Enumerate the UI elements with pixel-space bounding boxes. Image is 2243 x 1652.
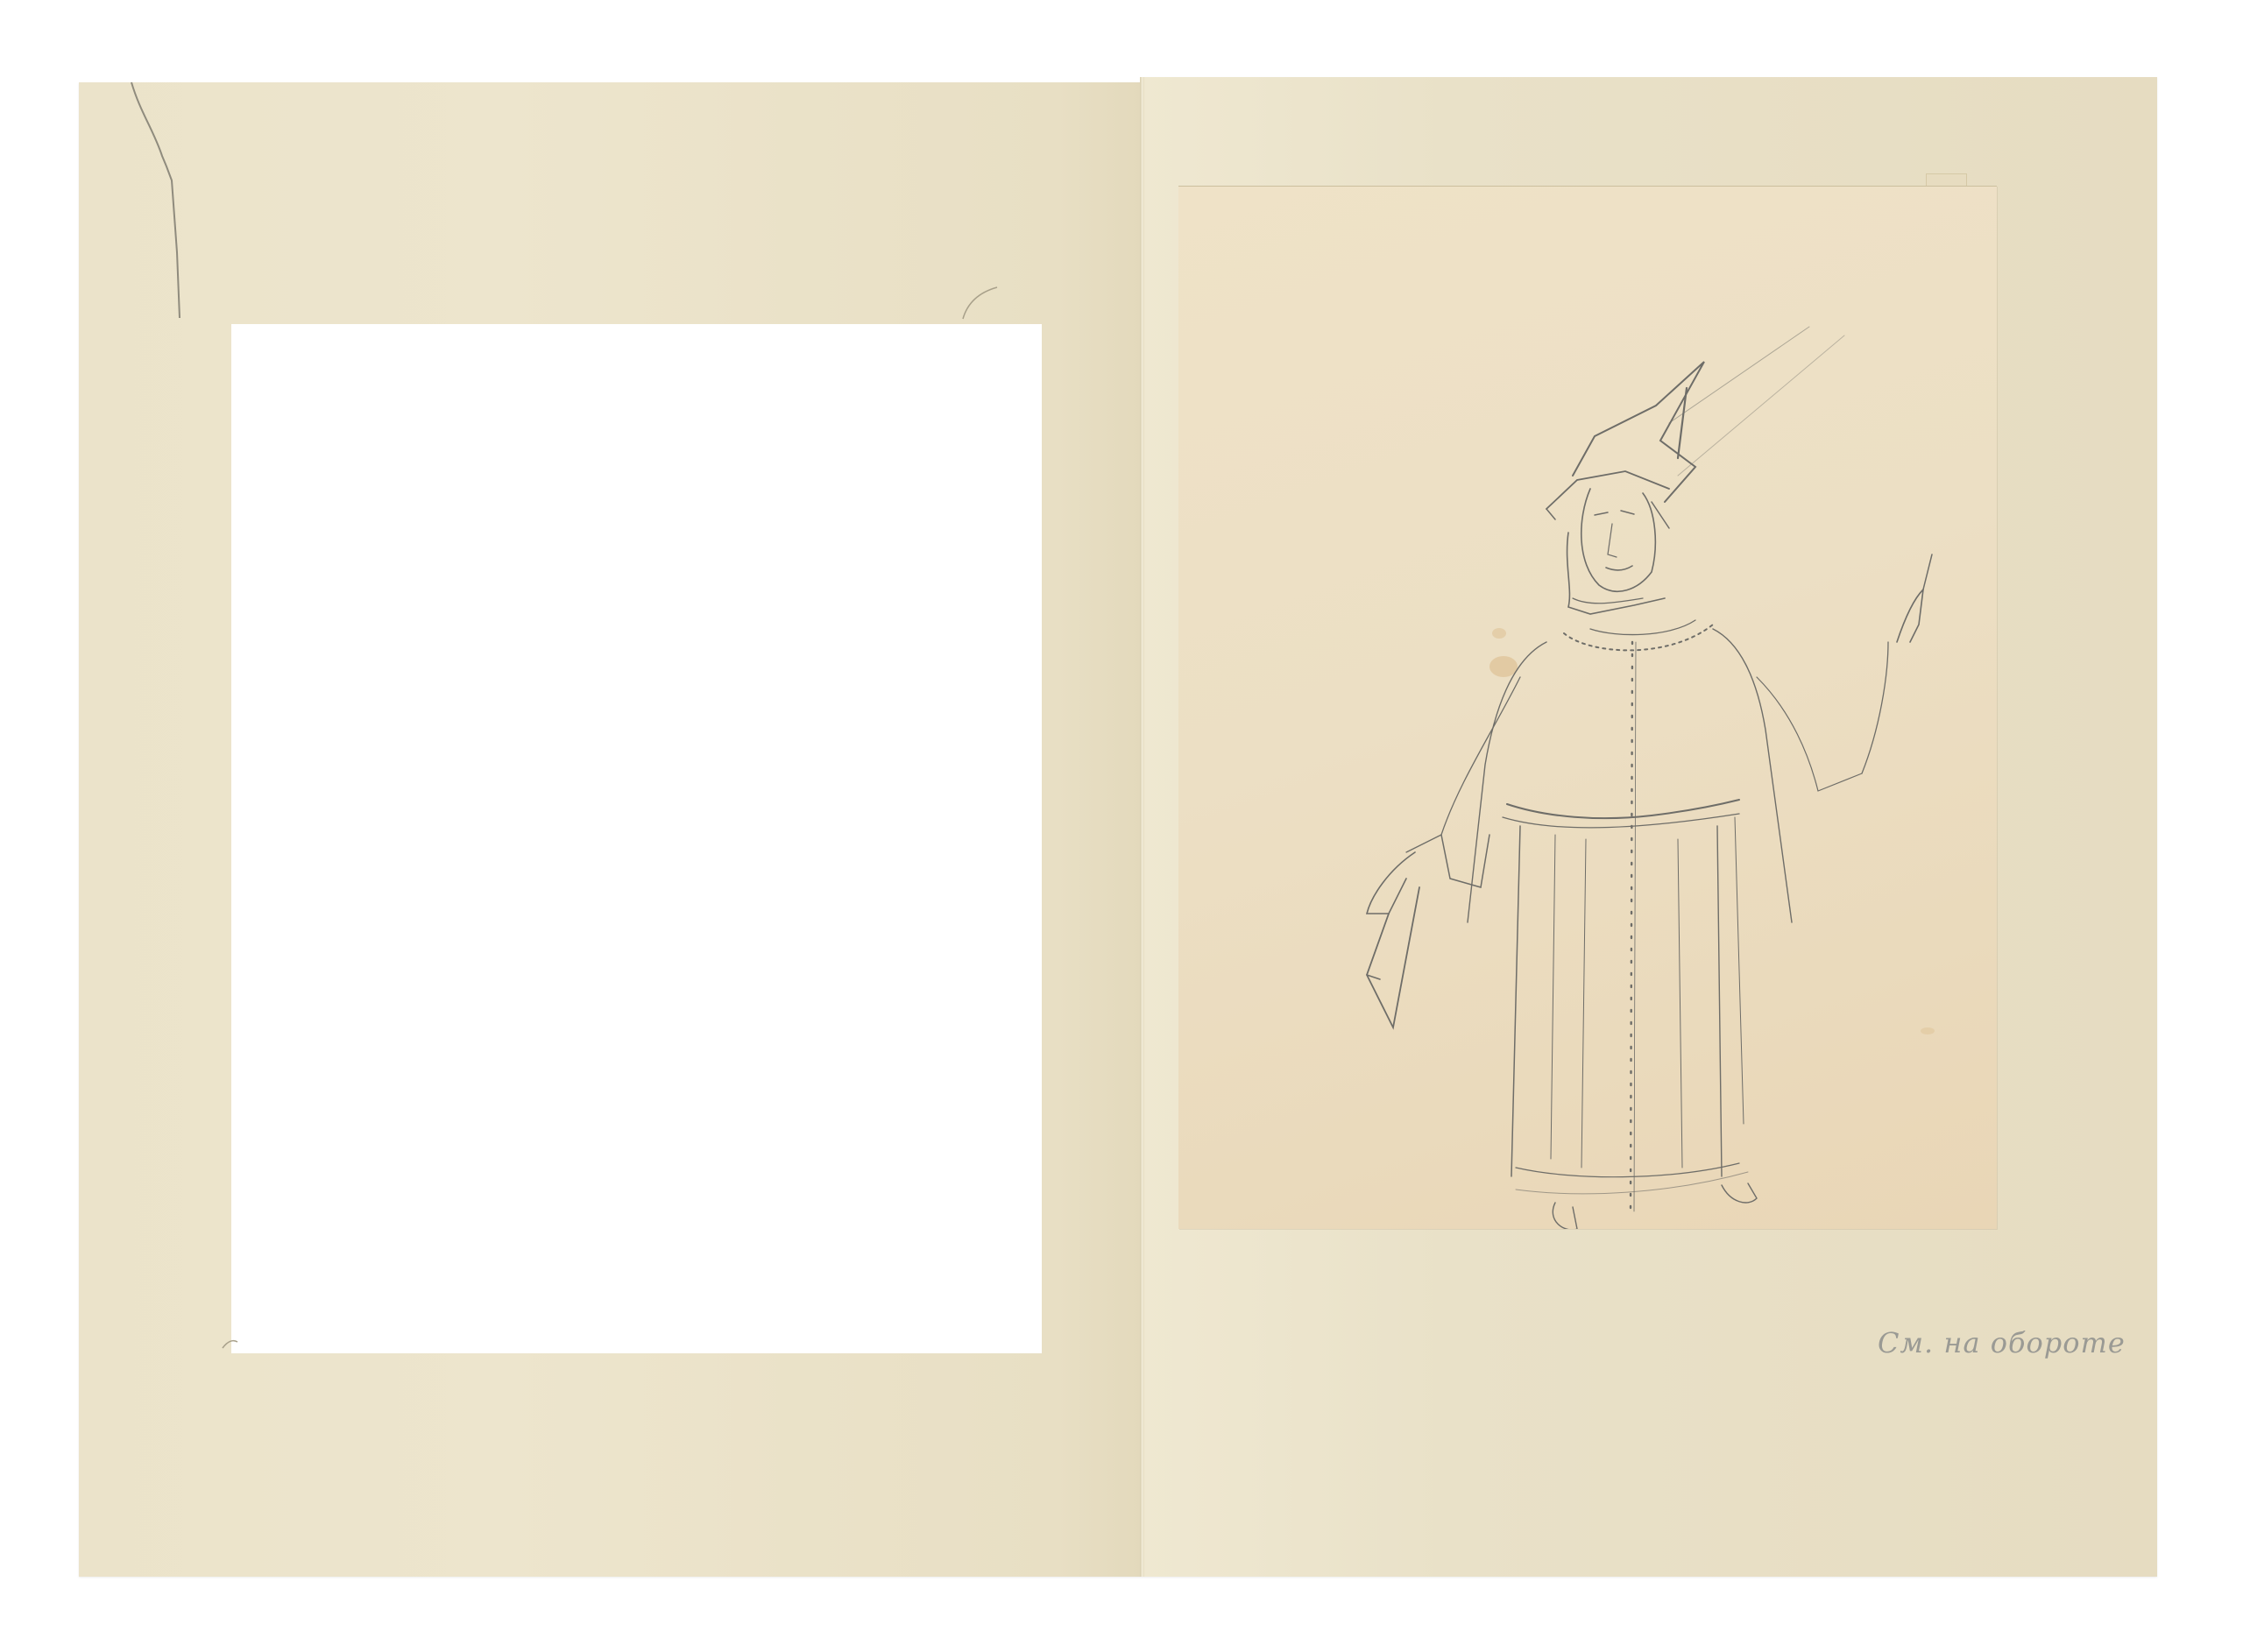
handwritten-annotation: См. на обороте bbox=[1878, 1326, 2126, 1359]
left-leaf bbox=[79, 82, 1142, 1577]
fold-crease bbox=[1140, 77, 1144, 1577]
figure-drawing bbox=[1178, 187, 1997, 1229]
pencil-sketch bbox=[1178, 186, 1997, 1229]
window-cutout bbox=[231, 324, 1042, 1353]
